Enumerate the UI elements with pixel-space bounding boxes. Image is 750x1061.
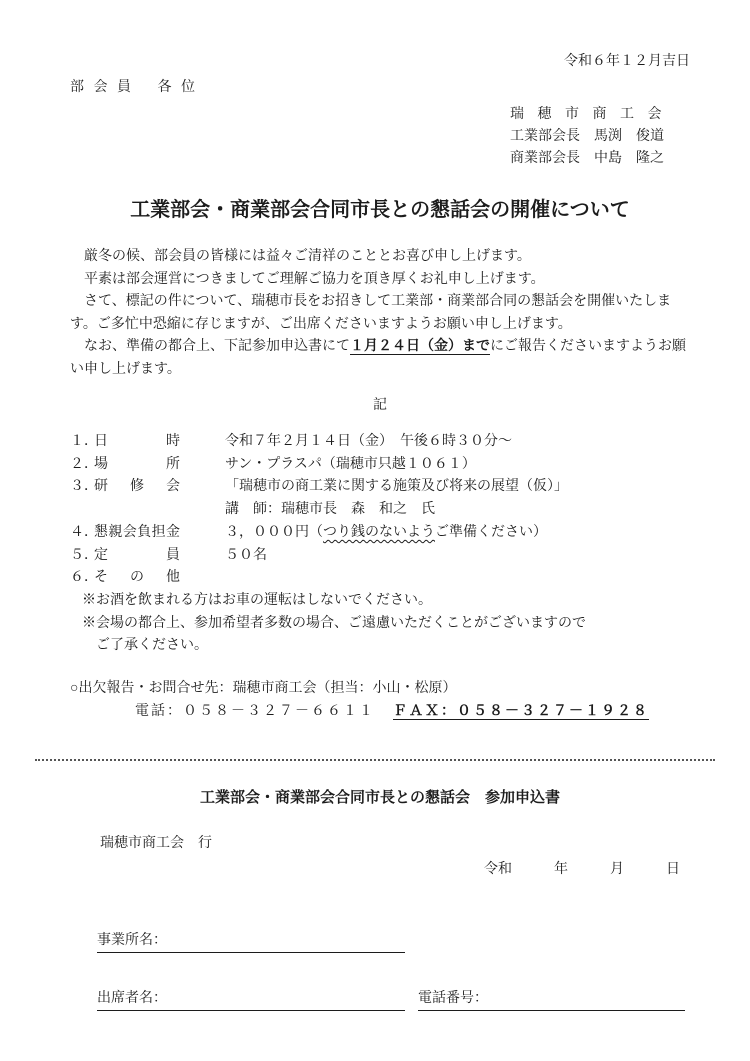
contact-block: ○出欠報告・お問合せ先：瑞穂市商工会（担当：小山・松原） 電話：０５８－３２７－… (70, 678, 690, 723)
form-date-blank: 令和 年 月 日 (70, 859, 680, 881)
fee-note-post: ご準備ください） (435, 525, 547, 540)
list-item-place: ２．場所サン・プラスパ（瑞穂市只越１０６１） (70, 454, 690, 477)
item-label: 研修会 (94, 476, 180, 499)
company-name-field: 事業所名： (97, 929, 405, 953)
addressee-line: 部 会 員 各 位 (70, 78, 690, 98)
item-value: 「瑞穂市の商工業に関する施策及び将来の展望（仮）」 (225, 479, 568, 494)
fax-number: ＦＡＸ：０５８－３２７－１９２８ (393, 704, 649, 720)
body-paragraphs: 厳冬の候、部会員の皆様には益々ご清祥のこととお喜び申し上げます。 平素は部会運営… (70, 246, 690, 381)
document-title: 工業部会・商業部会合同市長との懇話会の開催について (70, 198, 690, 222)
attendee-name-field: 出席者名： (97, 987, 405, 1011)
list-item-other: ６．その他 (70, 567, 690, 590)
contact-line: ○出欠報告・お問合せ先：瑞穂市商工会（担当：小山・松原） (70, 678, 690, 701)
item-label: その他 (94, 567, 180, 590)
paragraph-deadline: なお、準備の都合上、下記参加申込書にて１月２４日（金）までにご報告くださいますよ… (70, 336, 690, 381)
deadline-pre-text: なお、準備の都合上、下記参加申込書にて (70, 339, 350, 354)
list-item-capacity: ５．定員５０名 (70, 545, 690, 568)
phone-number-field: 電話番号： (418, 987, 685, 1011)
company-name-label: 事業所名： (97, 933, 167, 948)
list-item-datetime: １．日時令和７年２月１４日（金） 午後６時３０分～ (70, 431, 690, 454)
item-label: 場所 (94, 454, 180, 477)
item-value: サン・プラスパ（瑞穂市只越１０６１） (225, 457, 476, 472)
application-form-title: 工業部会・商業部会合同市長との懇話会 参加申込書 (70, 787, 690, 809)
list-item-fee: ４．懇親会負担金３，０００円（つり銭のないようご準備ください） (70, 522, 690, 545)
item-value: 令和７年２月１４日（金） 午後６時３０分～ (225, 434, 512, 449)
paragraph-announcement: さて、標記の件について、瑞穂市長をお招きして工業部・商業部合同の懇話会を開催いた… (70, 291, 690, 336)
item-label: 日時 (94, 431, 180, 454)
note-no-driving: ※お酒を飲まれる方はお車の運転はしないでください。 (82, 590, 690, 613)
document-page: 令和６年１２月吉日 部 会 員 各 位 瑞 穂 市 商 工 会 工業部会長 馬渕… (0, 0, 750, 1061)
item-value: ５０名 (225, 548, 267, 563)
sender-block: 瑞 穂 市 商 工 会 工業部会長 馬渕 俊道 商業部会長 中島 隆之 (510, 104, 690, 170)
ki-marker: 記 (70, 395, 690, 417)
phone-number-label: 電話番号： (418, 991, 488, 1006)
list-item-seminar: ３．研修会「瑞穂市の商工業に関する施策及び将来の展望（仮）」 (70, 476, 690, 499)
form-field-row-attendee: 出席者名：電話番号： (97, 987, 690, 1011)
item-number: ４． (70, 522, 94, 545)
list-item-seminar-lecturer: 講 師：瑞穂市長 森 和之 氏 (70, 499, 690, 522)
item-value: ３，０００円（つり銭のないようご準備ください） (225, 525, 547, 540)
attendee-name-label: 出席者名： (97, 991, 167, 1006)
fee-exact-change-note: つり銭のないよう (323, 525, 435, 540)
item-label: 定員 (94, 545, 180, 568)
cut-line-separator (35, 759, 715, 761)
item-number: ５． (70, 545, 94, 568)
form-field-row-company: 事業所名： (97, 929, 690, 953)
note-capacity-limit-cont: ご了承ください。 (82, 635, 690, 658)
sender-industry-chief: 工業部会長 馬渕 俊道 (510, 126, 690, 148)
sender-commerce-chief: 商業部会長 中島 隆之 (510, 148, 690, 170)
sender-organization: 瑞 穂 市 商 工 会 (510, 104, 690, 126)
deadline-date: １月２４日（金）まで (350, 339, 490, 355)
note-capacity-limit: ※会場の都合上、参加希望者多数の場合、ご遠慮いただくことがございますので (82, 613, 690, 636)
details-list: １．日時令和７年２月１４日（金） 午後６時３０分～ ２．場所サン・プラスパ（瑞穂… (70, 431, 690, 658)
document-date: 令和６年１２月吉日 (70, 52, 690, 72)
paragraph-greeting: 厳冬の候、部会員の皆様には益々ご清祥のこととお喜び申し上げます。 (70, 246, 690, 269)
item-number: ３． (70, 476, 94, 499)
notes-block: ※お酒を飲まれる方はお車の運転はしないでください。 ※会場の都合上、参加希望者多… (70, 590, 690, 658)
item-label: 懇親会負担金 (94, 522, 180, 545)
item-number: ２． (70, 454, 94, 477)
fee-amount: ３，０００円（ (225, 525, 323, 540)
item-number: ６． (70, 567, 94, 590)
contact-phones: 電話：０５８－３２７－６６１１ＦＡＸ：０５８－３２７－１９２８ (70, 701, 690, 724)
paragraph-thanks: 平素は部会運営につきましてご理解ご協力を頂き厚くお礼申し上げます。 (70, 269, 690, 292)
form-addressee: 瑞穂市商工会 行 (100, 833, 690, 855)
telephone-number: 電話：０５８－３２７－６６１１ (135, 704, 375, 719)
item-number: １． (70, 431, 94, 454)
